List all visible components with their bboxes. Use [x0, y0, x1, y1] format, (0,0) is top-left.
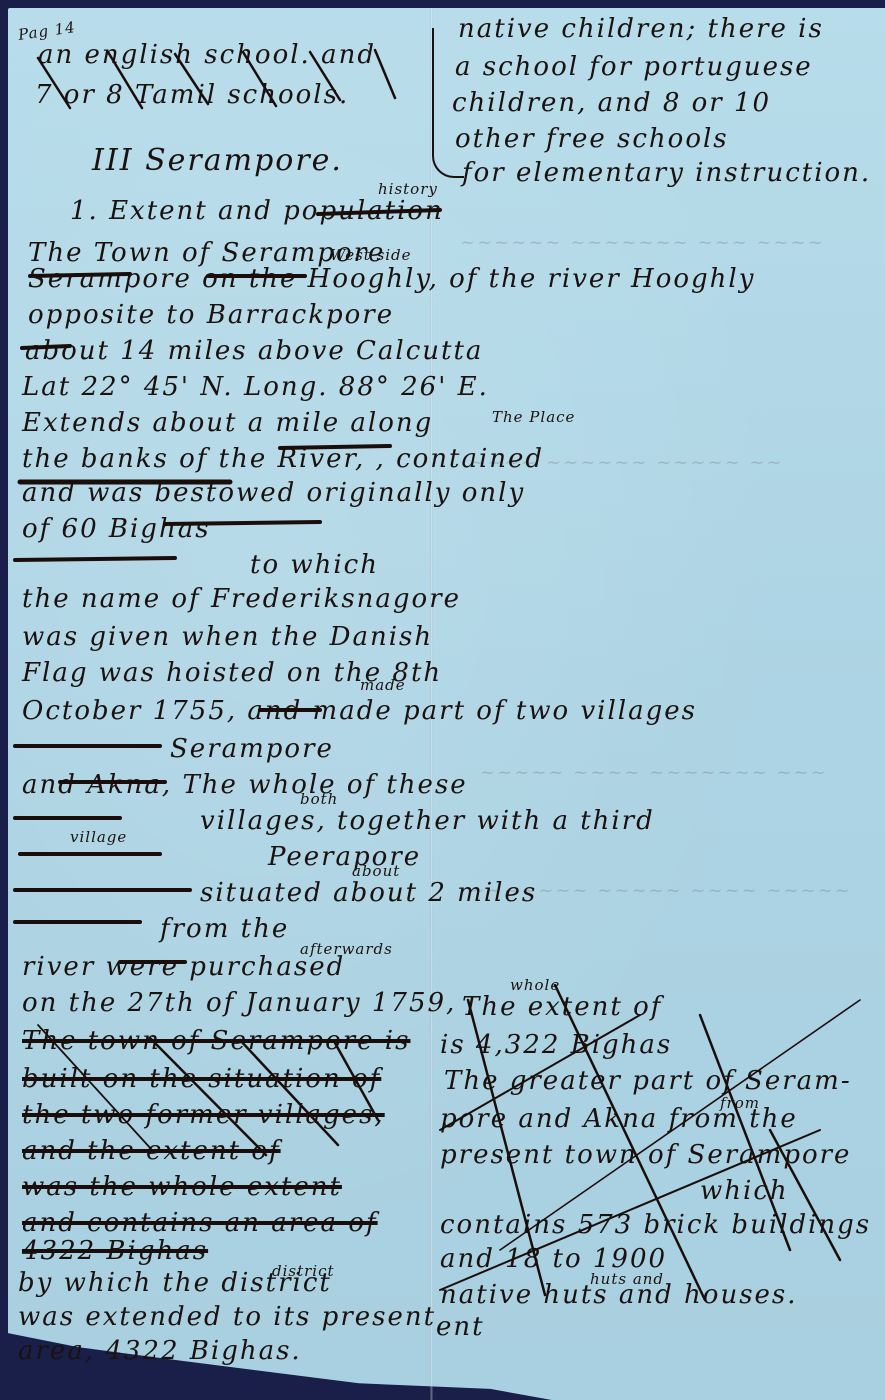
text-line: situated about 2 miles — [200, 878, 537, 908]
cancelled-line: and contains an area of — [22, 1208, 378, 1238]
text-line: was extended to its present — [18, 1302, 436, 1332]
right-cancelled-line: contains 573 brick buildings — [440, 1210, 871, 1240]
text-line: by which the district — [18, 1268, 332, 1298]
text-line: villages, together with a third — [200, 806, 655, 836]
struck-line: an english school. and — [38, 40, 376, 70]
insert-the-place: The Place — [492, 408, 575, 426]
right-text-line: children, and 8 or 10 — [452, 88, 771, 118]
right-text-line: other free schools — [455, 124, 729, 154]
right-cancelled-line: which — [700, 1176, 789, 1206]
text-line: October 1755, and made part of two villa… — [22, 696, 697, 726]
cancelled-line: 4322 Bighas — [22, 1236, 208, 1266]
bleed-through-text: ~~~~~~ ~~~~~~~ ~~~ ~~~~ — [460, 232, 825, 253]
section-heading: III Serampore. — [92, 143, 343, 178]
text-line: and Akna, The whole of these — [22, 770, 468, 800]
scanned-page: ~~~~~~ ~~~~~~~ ~~~ ~~~~ ~~~~ ~~~~~~ ~~~~… — [0, 0, 885, 1400]
subheading: 1. Extent and population — [70, 196, 444, 226]
text-line: Extends about a mile along — [22, 408, 433, 438]
insert-west-side: West side — [330, 246, 412, 264]
cancelled-line: built on the situation of — [22, 1064, 381, 1094]
text-line: Serampore on the Hooghly, of the river H… — [28, 264, 755, 294]
text-line: and was bestowed originally only — [22, 478, 525, 508]
right-cancelled-line: pore and Akna from the — [440, 1104, 798, 1134]
text-line: Serampore — [170, 734, 334, 764]
right-text-line: a school for portuguese — [455, 52, 813, 82]
insert-made: made — [360, 676, 406, 694]
cancelled-line: was the whole extent — [22, 1172, 342, 1202]
struck-line: 7 or 8 Tamil schools. — [35, 80, 349, 110]
cancelled-line: and the extent of — [22, 1136, 281, 1166]
cancelled-line: the two former villages, — [22, 1100, 385, 1130]
bleed-through-text: ~~~~~ ~~~~ ~~~~~~~ ~~~ — [480, 762, 828, 783]
text-line: on the 27th of January 1759, — [22, 988, 456, 1018]
right-cancelled-line: ent — [436, 1312, 485, 1342]
right-cancelled-line: native huts and houses. — [440, 1280, 798, 1310]
text-line: area, 4322 Bighas. — [18, 1336, 302, 1366]
text-line: river were purchased — [22, 952, 345, 982]
text-line: about 14 miles above Calcutta — [25, 336, 483, 366]
text-line: of 60 Bighas — [22, 514, 211, 544]
right-cancelled-line: present town of Serampore — [440, 1140, 851, 1170]
right-cancelled-line: The greater part of Seram- — [444, 1066, 852, 1096]
right-text-line: native children; there is — [458, 14, 824, 44]
text-line: from the — [160, 914, 289, 944]
cancelled-line: The town of Serampore is — [22, 1026, 410, 1056]
right-cancelled-line: is 4,322 Bighas — [440, 1030, 672, 1060]
text-line: opposite to Barrackpore — [28, 300, 394, 330]
text-line: the name of Frederiksnagore — [22, 584, 461, 614]
right-text-line: for elementary instruction. — [462, 158, 871, 188]
text-line: to which — [250, 550, 379, 580]
text-line: the banks of the River, , contained — [22, 444, 544, 474]
right-cancelled-line: The extent of — [462, 992, 662, 1022]
text-line: was given when the Danish — [22, 622, 433, 652]
text-line: Lat 22° 45' N. Long. 88° 26' E. — [22, 372, 489, 402]
insert-village: village — [70, 828, 127, 846]
